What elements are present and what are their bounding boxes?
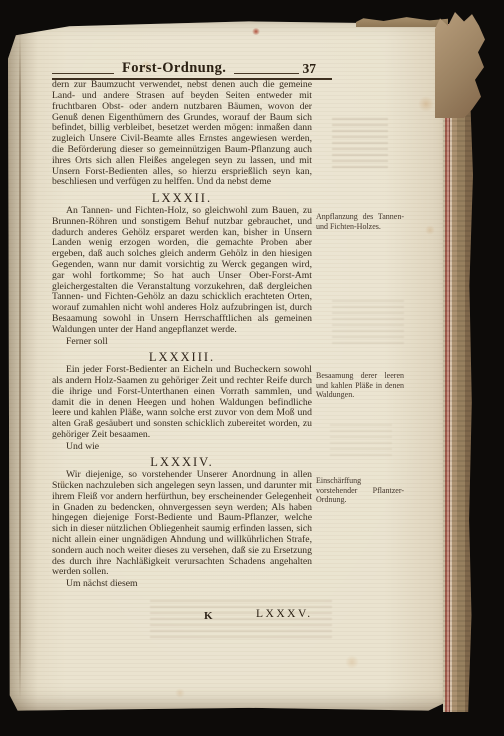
section-lxxxiv: LXXXIV. Wir diejenige, so vorstehender U… [52,457,312,590]
main-text-column: dern zur Baumzucht verwendet, nebst dene… [52,80,312,634]
page-edge-stack [443,24,473,712]
text-block: Forst-Ordnung. 37 dern zur Baumzucht ver… [52,60,332,634]
section-paragraph: Wir diejenige, so vorstehender Unserer A… [52,470,312,578]
section-heading: LXXXIV. [52,457,312,468]
margin-note: Anpflanzung des Tannen- und Fichten-Holz… [316,212,404,231]
gutter-shadow [8,20,38,712]
transition-line: Ferner soll [52,337,312,348]
opening-paragraph: dern zur Baumzucht verwendet, nebst dene… [52,80,312,188]
scanned-book-photo: { "document": { "running_title": "Forst-… [0,0,504,736]
margin-note: Besaamung derer leeren und kahlen Pläße … [316,371,404,399]
section-paragraph: An Tannen- und Fichten-Holz, so gleichwo… [52,206,312,336]
section-paragraph: Ein jeder Forst-Bedienter an Eicheln und… [52,365,312,441]
section-heading: LXXXII. [52,193,312,204]
transition-line: Um nächst diesem [52,579,312,590]
header-rule-middle [234,73,298,75]
signature-mark: K [204,611,213,622]
running-title: Forst-Ordnung. [114,60,234,77]
margin-note: Einschärffung vorstehender Pflantzer-Ord… [316,476,404,504]
torn-corner [435,12,485,118]
page-foot: K LXXXV. [52,598,312,634]
section-lxxxii: LXXXII. An Tannen- und Fichten-Holz, so … [52,193,312,347]
page-header: Forst-Ordnung. 37 [52,60,332,77]
section-lxxxiii: LXXXIII. Ein jeder Forst-Bedienter an Ei… [52,352,312,452]
page-number: 37 [299,61,317,77]
transition-line: Und wie [52,442,312,453]
catchword: LXXXV. [256,609,313,620]
section-heading: LXXXIII. [52,352,312,363]
gutter-crease-line [19,32,21,700]
header-rule-left [52,73,114,75]
top-edge-sliver [356,16,448,27]
